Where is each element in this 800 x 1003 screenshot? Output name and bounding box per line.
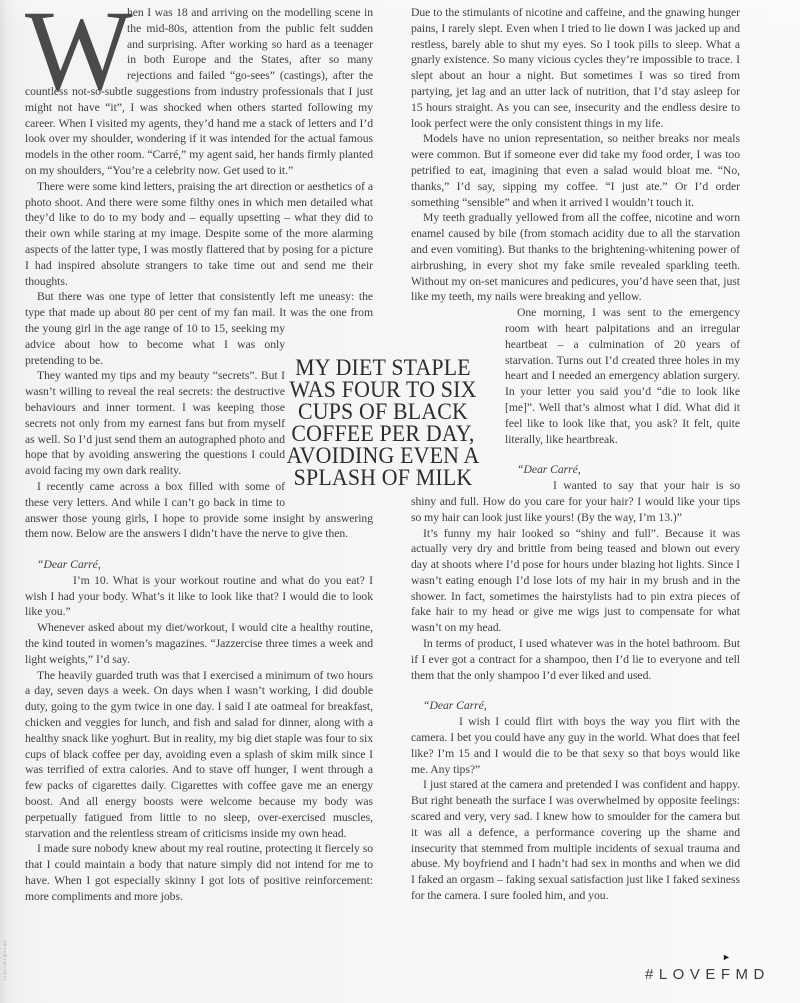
arrow-right-icon: ► — [722, 953, 731, 962]
pull-quote-line: AVOIDING EVEN A — [267, 445, 500, 467]
pull-quote: MY DIET STAPLEWAS FOUR TO SIXCUPS OF BLA… — [258, 357, 508, 489]
watermark-lovefmd: #LOVEFMD — [645, 966, 770, 983]
paragraph: In terms of product, I used whatever was… — [411, 636, 740, 683]
pull-quote-line: COFFEE PER DAY, — [267, 423, 500, 445]
letter-text: I’m 10. What is your workout routine and… — [25, 573, 373, 620]
letter-block: “Dear Carré,I’m 10. What is your workout… — [25, 557, 373, 620]
pull-quote-line: SPLASH OF MILK — [267, 467, 500, 489]
letter-block: “Dear Carré,I wish I could flirt with bo… — [411, 698, 740, 777]
paragraph: Models have no union representation, so … — [411, 131, 740, 210]
letter-text: I wish I could flirt with boys the way y… — [411, 714, 740, 777]
letter-salutation: “Dear Carré, — [25, 557, 373, 573]
paragraph: Whenever asked about my diet/workout, I … — [25, 620, 373, 667]
paragraph: The heavily guarded truth was that I exe… — [25, 668, 373, 842]
paragraph: I made sure nobody knew about my real ro… — [25, 841, 373, 904]
paragraph: When I was 18 and arriving on the modell… — [25, 5, 373, 179]
paragraph: My teeth gradually yellowed from all the… — [411, 210, 740, 305]
pull-quote-line: MY DIET STAPLE — [267, 357, 500, 379]
side-microtext: .l:i.l|i:l.i|l:i.l|i:l.i.l|i:l — [2, 886, 7, 981]
paragraph: Due to the stimulants of nicotine and ca… — [411, 5, 740, 131]
pull-quote-line: CUPS OF BLACK — [267, 401, 500, 423]
paragraph: There were some kind letters, praising t… — [25, 179, 373, 290]
paragraph: It’s funny my hair looked so “shiny and … — [411, 526, 740, 637]
dropcap-letter: W — [25, 5, 127, 81]
letter-salutation: “Dear Carré, — [411, 698, 740, 714]
magazine-page: When I was 18 and arriving on the modell… — [0, 0, 800, 1003]
pull-quote-line: WAS FOUR TO SIX — [267, 379, 500, 401]
paragraph: I just stared at the camera and pretende… — [411, 777, 740, 903]
